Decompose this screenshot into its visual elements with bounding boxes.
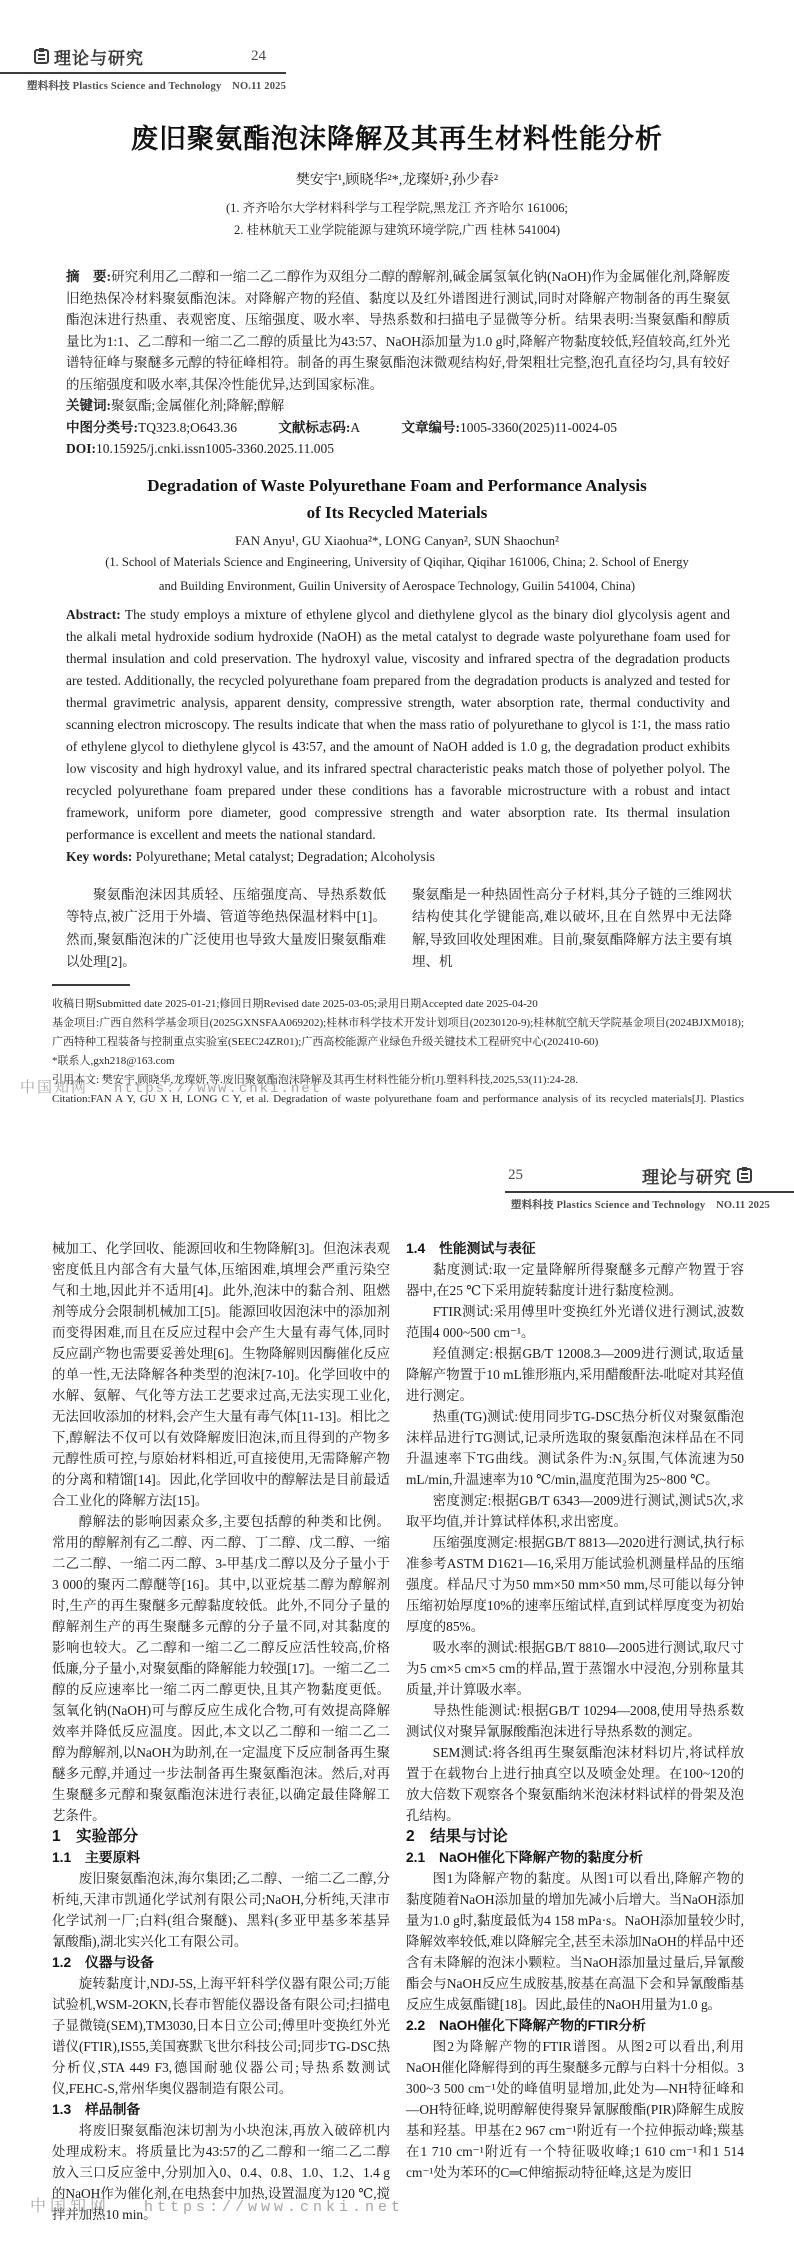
abstract-cn: 摘 要:研究利用乙二醇和一缩二乙二醇作为双组分二醇的醇解剂,碱金属氢氧化钠(Na… [66, 266, 730, 395]
journal-issue-line: 塑料科技 Plastics Science and Technology NO.… [27, 78, 794, 93]
abstract-text-cn: 研究利用乙二醇和一缩二乙二醇作为双组分二醇的醇解剂,碱金属氢氧化钠(NaOH)作… [66, 269, 730, 392]
keywords-label-en: Key words: [66, 849, 132, 864]
body-paragraph: FTIR测试:采用傅里叶变换红外光谱仪进行测试,波数范围4 000~500 cm… [406, 1301, 744, 1343]
abstract-text-en: The study employs a mixture of ethylene … [66, 607, 730, 842]
body-right-column: 1.4 性能测试与表征 黏度测试:取一定量降解所得聚醚多元醇产物置于容器中,在2… [406, 1238, 744, 2225]
section-heading-1-2: 1.2 仪器与设备 [52, 1952, 390, 1973]
section-label: 理论与研究 [54, 44, 144, 69]
body-paragraph: 压缩强度测定:根据GB/T 8813—2020进行测试,执行标准参考ASTM D… [406, 1532, 744, 1637]
cnki-watermark-text: 中国知网 [20, 1080, 88, 1096]
body-paragraph: SEM测试:将各组再生聚氨酯泡沫材料切片,将试样放置于在载物台上进行抽真空以及喷… [406, 1742, 744, 1826]
intro-columns: 聚氨酯泡沫因其质轻、压缩强度高、导热系数低等特点,被广泛用于外墙、管道等绝热保温… [66, 884, 732, 974]
body-paragraph: 吸水率的测试:根据GB/T 8810—2005进行测试,取尺寸为5 cm×5 c… [406, 1637, 744, 1700]
affiliations-cn: (1. 齐齐哈尔大学材料科学与工程学院,黑龙江 齐齐哈尔 161006; 2. … [0, 197, 794, 241]
doi-value: 10.15925/j.cnki.issn1005-3360.2025.11.00… [96, 441, 334, 456]
affiliation-cn-line: 2. 桂林航天工业学院能源与建筑环境学院,广西 桂林 541004) [0, 219, 794, 241]
page-1: 理论与研究 24 塑料科技 Plastics Science and Techn… [0, 0, 794, 1105]
intro-paragraph: 聚氨酯是一种热固性高分子材料,其分子链的三维网状结构使其化学键能高,难以破坏,且… [412, 884, 732, 974]
page-2: 25 理论与研究 塑料科技 Plastics Science and Techn… [0, 1105, 794, 2244]
journal-logo-icon [737, 1167, 752, 1184]
footnote-contact: *联系人,gxh218@163.com [52, 1052, 744, 1071]
abstract-en: Abstract: The study employs a mixture of… [66, 604, 730, 846]
footnote-dates: 收稿日期Submitted date 2025-01-21;修回日期Revise… [52, 995, 744, 1014]
section-heading-1-1: 1.1 主要原料 [52, 1847, 390, 1868]
body-paragraph: 密度测定:根据GB/T 6343—2009进行测试,测试5次,求取平均值,并计算… [406, 1490, 744, 1532]
title-en-line2: of Its Recycled Materials [40, 499, 754, 526]
body-columns: 械加工、化学回收、能源回收和生物降解[3]。但泡沫表观密度低且内部含有大量气体,… [52, 1238, 744, 2225]
article-no-label: 文章编号: [402, 420, 461, 435]
authors-en: FAN Anyu¹, GU Xiaohua²*, LONG Canyan², S… [0, 533, 794, 549]
section-heading-2-1: 2.1 NaOH催化下降解产物的黏度分析 [406, 1847, 744, 1868]
cnki-watermark-url: https://www.cnki.net [144, 2199, 404, 2216]
section-label: 理论与研究 [642, 1163, 732, 1188]
article-title-cn: 废旧聚氨酯泡沫降解及其再生材料性能分析 [40, 117, 754, 156]
body-paragraph: 图2为降解产物的FTIR谱图。从图2可以看出,利用NaOH催化降解得到的再生聚醚… [406, 2036, 744, 2183]
keywords-cn: 关键词:聚氨酯;金属催化剂;降解;醇解 [66, 395, 730, 417]
body-paragraph: 导热性能测试:根据GB/T 10294—2008,使用导热系数测试仪对聚异氰脲酸… [406, 1700, 744, 1742]
doi-label: DOI: [66, 441, 96, 456]
clc-label: 中图分类号: [66, 420, 138, 435]
section-heading-2: 2 结果与讨论 [406, 1826, 744, 1847]
doc-code-value: A [350, 420, 360, 435]
journal-issue-line: 塑料科技 Plastics Science and Technology NO.… [0, 1197, 770, 1212]
affiliation-en-line: (1. School of Materials Science and Engi… [0, 551, 794, 573]
cnki-watermark-text: 中国知网 [30, 2198, 110, 2215]
article-no-value: 1005-3360(2025)11-0024-05 [460, 420, 617, 435]
authors-cn: 樊安宇¹,顾晓华²*,龙璨妍²,孙少春² [0, 169, 794, 189]
body-paragraph: 醇解法的影响因素众多,主要包括醇的种类和比例。常用的醇解剂有乙二醇、丙二醇、丁二… [52, 1511, 390, 1826]
cnki-watermark: 中国知网https://www.cnki.net [20, 1076, 322, 1097]
article-title-en: Degradation of Waste Polyurethane Foam a… [40, 472, 754, 526]
abstract-label-en: Abstract: [66, 607, 121, 622]
footnote-funding: 基金项目:广西自然科学基金项目(2025GXNSFAA069202);桂林市科学… [52, 1014, 744, 1052]
footnote-rule [52, 984, 130, 986]
section-heading-1: 1 实验部分 [52, 1826, 390, 1847]
body-paragraph: 热重(TG)测试:使用同步TG-DSC热分析仪对聚氨酯泡沫样品进行TG测试,记录… [406, 1406, 744, 1490]
body-paragraph: 羟值测定:根据GB/T 12008.3—2009进行测试,取适量降解产物置于10… [406, 1343, 744, 1406]
keywords-text-en: Polyurethane; Metal catalyst; Degradatio… [136, 849, 435, 864]
intro-left-column: 聚氨酯泡沫因其质轻、压缩强度高、导热系数低等特点,被广泛用于外墙、管道等绝热保温… [66, 884, 386, 974]
page2-header: 25 理论与研究 [505, 1163, 794, 1193]
body-paragraph: 械加工、化学回收、能源回收和生物降解[3]。但泡沫表观密度低且内部含有大量气体,… [52, 1238, 390, 1511]
body-paragraph: 图1为降解产物的黏度。从图1可以看出,降解产物的黏度随着NaOH添加量的增加先减… [406, 1868, 744, 2015]
body-paragraph: 旋转黏度计,NDJ-5S,上海平轩科学仪器有限公司;万能试验机,WSM-2OKN… [52, 1973, 390, 2099]
intro-paragraph: 聚氨酯泡沫因其质轻、压缩强度高、导热系数低等特点,被广泛用于外墙、管道等绝热保温… [66, 884, 386, 974]
cnki-watermark: 中国知网https://www.cnki.net [30, 2193, 404, 2216]
doc-code-label: 文献标志码: [278, 420, 350, 435]
keywords-label-cn: 关键词: [66, 398, 111, 413]
keywords-text-cn: 聚氨酯;金属催化剂;降解;醇解 [111, 398, 284, 413]
page-number: 24 [251, 48, 266, 65]
clc-value: TQ323.8;O643.36 [138, 420, 237, 435]
classification-line: 中图分类号:TQ323.8;O643.36 文献标志码:A 文章编号:1005-… [66, 417, 730, 439]
page1-header: 理论与研究 24 [0, 44, 286, 74]
section-heading-1-3: 1.3 样品制备 [52, 2099, 390, 2120]
affiliation-en-line: and Building Environment, Guilin Univers… [0, 575, 794, 597]
section-heading-1-4: 1.4 性能测试与表征 [406, 1238, 744, 1259]
page-number: 25 [508, 1167, 523, 1184]
keywords-en: Key words: Polyurethane; Metal catalyst;… [66, 846, 730, 868]
section-heading-2-2: 2.2 NaOH催化下降解产物的FTIR分析 [406, 2015, 744, 2036]
abstract-label-cn: 摘 要: [66, 269, 111, 284]
cnki-watermark-url: https://www.cnki.net [114, 1081, 322, 1097]
body-left-column: 械加工、化学回收、能源回收和生物降解[3]。但泡沫表观密度低且内部含有大量气体,… [52, 1238, 390, 2225]
affiliation-cn-line: (1. 齐齐哈尔大学材料科学与工程学院,黑龙江 齐齐哈尔 161006; [0, 197, 794, 219]
title-en-line1: Degradation of Waste Polyurethane Foam a… [40, 472, 754, 499]
doi-line: DOI:10.15925/j.cnki.issn1005-3360.2025.1… [66, 438, 730, 460]
body-paragraph: 废旧聚氨酯泡沫,海尔集团;乙二醇、一缩二乙二醇,分析纯,天津市凯通化学试剂有限公… [52, 1868, 390, 1952]
intro-right-column: 聚氨酯是一种热固性高分子材料,其分子链的三维网状结构使其化学键能高,难以破坏,且… [412, 884, 732, 974]
body-paragraph: 黏度测试:取一定量降解所得聚醚多元醇产物置于容器中,在25 ℃下采用旋转黏度计进… [406, 1259, 744, 1301]
journal-logo-icon [34, 48, 49, 65]
